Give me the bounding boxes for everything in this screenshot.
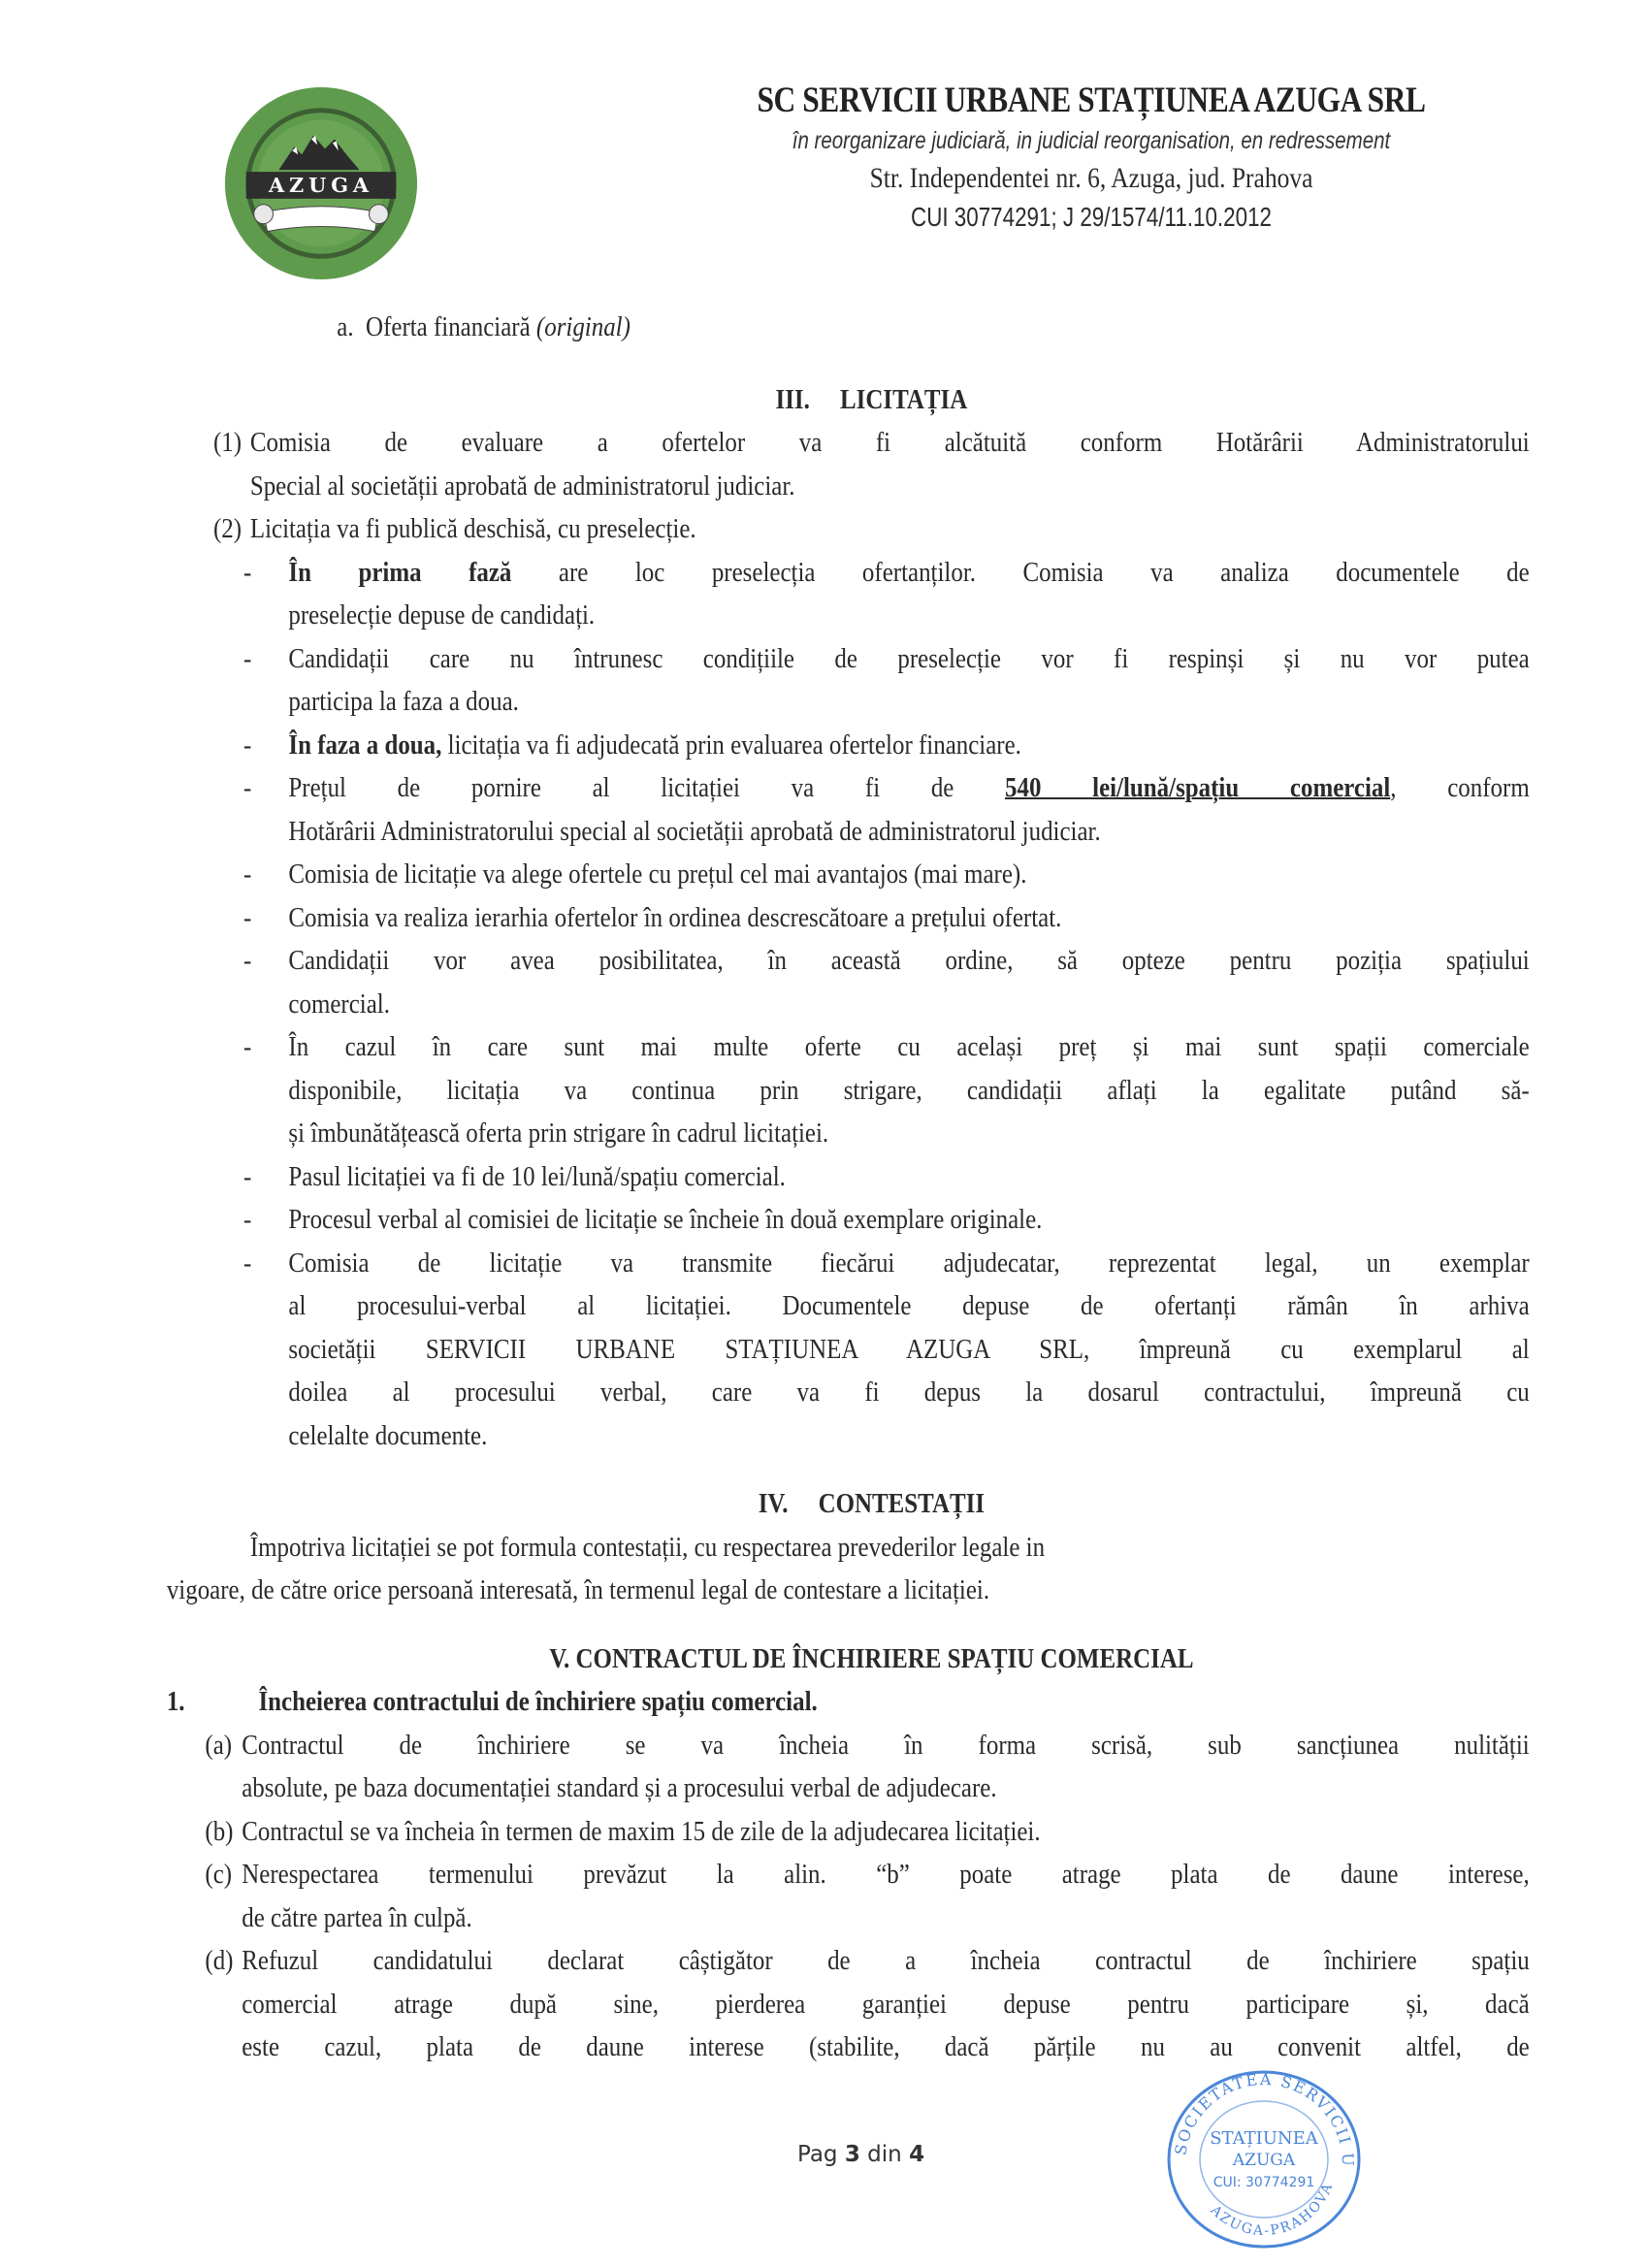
- bullet-item: - În faza a doua, licitația va fi adjude…: [243, 724, 1530, 767]
- bullet-line: comercial.: [288, 983, 1529, 1026]
- subsection-number: 1.: [167, 1680, 259, 1724]
- bullet-dash: -: [243, 1025, 288, 1155]
- bullet-dash: -: [243, 724, 288, 767]
- item-marker: (b): [205, 1810, 242, 1854]
- bullet-line: societății SERVICII URBANE STAȚIUNEA AZU…: [288, 1328, 1529, 1372]
- paragraph-marker: (2): [213, 507, 250, 551]
- item-marker: (d): [205, 1939, 242, 2069]
- document-body: a. Oferta financiară (original) III. LIC…: [213, 306, 1533, 2069]
- section-number: IV.: [759, 1488, 789, 1519]
- paragraph-marker: (1): [213, 421, 250, 507]
- bullet-item: - Procesul verbal al comisiei de licitaț…: [243, 1198, 1530, 1242]
- bullet-dash: -: [243, 637, 288, 724]
- bullet-line: participa la faza a doua.: [288, 680, 1529, 724]
- contract-item-b: (b) Contractul se va încheia în termen d…: [205, 1810, 1529, 1854]
- item-note: (original): [536, 311, 630, 342]
- paragraph-line: Special al societății aprobată de admini…: [250, 465, 1530, 508]
- bullet-line: Candidații care nu întrunesc condițiile …: [288, 637, 1529, 681]
- bullet-item: - În prima fază are loc preselecția ofer…: [243, 551, 1530, 637]
- bullet-line: preselecție depuse de candidați.: [288, 594, 1529, 637]
- section-3-heading: III. LICITAȚIA: [213, 378, 1530, 422]
- page-mid: din: [860, 2142, 909, 2167]
- page-total: 4: [909, 2142, 924, 2167]
- section-4-heading: IV. CONTESTAȚII: [213, 1482, 1530, 1526]
- bullet-item: - Comisia de licitație va alege ofertele…: [243, 853, 1530, 896]
- item-line: comercial atrage după sine, pierderea ga…: [242, 1983, 1529, 2026]
- bullet-text: Prețul de pornire al licitației va fi de: [288, 772, 1005, 803]
- bullet-line: În prima fază are loc preselecția oferta…: [288, 551, 1529, 595]
- bullet-line: Comisia va realiza ierarhia ofertelor în…: [288, 896, 1529, 940]
- item-marker: (c): [205, 1853, 242, 1939]
- item-marker: (a): [205, 1724, 242, 1810]
- paragraph-line: Licitația va fi publică deschisă, cu pre…: [250, 507, 1530, 551]
- subsection-title: Încheierea contractului de închiriere sp…: [258, 1686, 817, 1717]
- contestations-paragraph: Împotriva licitației se pot formula cont…: [167, 1526, 1530, 1612]
- bullet-item: - Pasul licitației va fi de 10 lei/lună/…: [243, 1155, 1530, 1199]
- paragraph-2: (2) Licitația va fi publică deschisă, cu…: [213, 507, 1530, 551]
- bullet-line: Prețul de pornire al licitației va fi de…: [288, 766, 1529, 810]
- bullet-line: doilea al procesului verbal, care va fi …: [288, 1371, 1529, 1414]
- item-marker: a.: [337, 311, 353, 342]
- item-line: Contractul de închiriere se va încheia î…: [242, 1724, 1529, 1767]
- item-line: Nerespectarea termenului prevăzut la ali…: [242, 1853, 1529, 1896]
- bullet-text: are loc preselecția ofertanților. Comisi…: [511, 557, 1529, 588]
- bold-lead: În prima fază: [288, 557, 511, 588]
- bullet-line: celelalte documente.: [288, 1414, 1529, 1458]
- bullet-item: - În cazul în care sunt mai multe oferte…: [243, 1025, 1530, 1155]
- subsection-heading: 1.Încheierea contractului de închiriere …: [167, 1680, 1530, 1724]
- reorganisation-status: în reorganizare judiciară, in judicial r…: [674, 122, 1509, 159]
- item-text: Oferta financiară: [366, 311, 531, 342]
- item-line: absolute, pe baza documentației standard…: [242, 1766, 1529, 1810]
- section-5-heading: V. CONTRACTUL DE ÎNCHIRIERE SPAȚIU COMER…: [213, 1637, 1530, 1681]
- company-stamp: SOCIETATEA SERVICII URBANE AZUGA-PRAHOVA…: [1164, 2066, 1364, 2252]
- stamp-seal-icon: SOCIETATEA SERVICII URBANE AZUGA-PRAHOVA…: [1164, 2066, 1364, 2252]
- bullet-line: În cazul în care sunt mai multe oferte c…: [288, 1025, 1529, 1069]
- section-number: III.: [775, 384, 809, 415]
- azuga-emblem-icon: AZUGA: [225, 87, 417, 279]
- company-registration: CUI 30774291; J 29/1574/11.10.2012: [684, 198, 1499, 237]
- bullet-line: disponibile, licitația va continua prin …: [288, 1069, 1529, 1113]
- section-title: CONTESTAȚII: [819, 1488, 985, 1519]
- bullet-dash: -: [243, 1155, 288, 1199]
- company-logo: AZUGA: [225, 87, 417, 279]
- starting-price: 540 lei/lună/spațiu comercial: [1005, 772, 1390, 803]
- stamp-line-2: AZUGA: [1232, 2151, 1296, 2170]
- letterhead: SC SERVICII URBANE STAȚIUNEA AZUGA SRL î…: [582, 80, 1600, 237]
- bullet-text: , conform: [1390, 772, 1529, 803]
- page-number: Pag 3 din 4: [797, 2142, 924, 2167]
- contract-item-c: (c) Nerespectarea termenului prevăzut la…: [205, 1853, 1529, 1939]
- bullet-line: Comisia de licitație va transmite fiecăr…: [288, 1242, 1529, 1285]
- bullet-item: - Comisia de licitație va transmite fiec…: [243, 1242, 1530, 1458]
- section-title: LICITAȚIA: [840, 384, 967, 415]
- bullet-dash: -: [243, 896, 288, 940]
- bullet-dash: -: [243, 1242, 288, 1458]
- bold-lead: În faza a doua,: [288, 729, 441, 761]
- bullet-line: Hotărârii Administratorului special al s…: [288, 810, 1529, 854]
- bullet-line: al procesului-verbal al licitației. Docu…: [288, 1284, 1529, 1328]
- contract-item-a: (a) Contractul de închiriere se va înche…: [205, 1724, 1529, 1810]
- bullet-item: - Prețul de pornire al licitației va fi …: [243, 766, 1530, 853]
- item-line: de către partea în culpă.: [242, 1896, 1529, 1940]
- bullet-line: Pasul licitației va fi de 10 lei/lună/sp…: [288, 1155, 1529, 1199]
- bullet-dash: -: [243, 766, 288, 853]
- stamp-line-3: CUI: 30774291: [1213, 2175, 1315, 2190]
- bullet-dash: -: [243, 1198, 288, 1242]
- paragraph-1: (1) Comisia de evaluare a ofertelor va f…: [213, 421, 1530, 507]
- bullet-line: În faza a doua, licitația va fi adjudeca…: [288, 724, 1529, 767]
- bullet-line: Comisia de licitație va alege ofertele c…: [288, 853, 1529, 896]
- bullet-item: - Candidații vor avea posibilitatea, în …: [243, 939, 1530, 1025]
- item-line: Contractul se va încheia în termen de ma…: [242, 1810, 1529, 1854]
- company-name: SC SERVICII URBANE STAȚIUNEA AZUGA SRL: [659, 80, 1525, 122]
- item-line: Refuzul candidatului declarat câștigător…: [242, 1939, 1529, 1983]
- company-address: Str. Independentei nr. 6, Azuga, jud. Pr…: [659, 159, 1525, 198]
- financial-offer-item: a. Oferta financiară (original): [337, 306, 1529, 349]
- bullet-dash: -: [243, 853, 288, 896]
- item-line: este cazul, plata de daune interese (sta…: [242, 2025, 1529, 2069]
- bullet-dash: -: [243, 551, 288, 637]
- stamp-line-1: STAȚIUNEA: [1210, 2128, 1319, 2149]
- contract-item-d: (d) Refuzul candidatului declarat câștig…: [205, 1939, 1529, 2069]
- bullet-item: - Comisia va realiza ierarhia ofertelor …: [243, 896, 1530, 940]
- bullet-item: - Candidații care nu întrunesc condițiil…: [243, 637, 1530, 724]
- bullet-line: și îmbunătățească oferta prin strigare î…: [288, 1112, 1529, 1155]
- paragraph-line: Comisia de evaluare a ofertelor va fi al…: [250, 421, 1530, 465]
- bullet-line: Candidații vor avea posibilitatea, în ac…: [288, 939, 1529, 983]
- bullet-text: licitația va fi adjudecată prin evaluare…: [441, 729, 1021, 761]
- bullet-line: Procesul verbal al comisiei de licitație…: [288, 1198, 1529, 1242]
- paragraph-line: vigoare, de către orice persoană interes…: [167, 1569, 1530, 1612]
- paragraph-line: Împotriva licitației se pot formula cont…: [167, 1526, 1530, 1570]
- page-prefix: Pag: [797, 2142, 845, 2167]
- bullet-dash: -: [243, 939, 288, 1025]
- page-current: 3: [845, 2142, 860, 2167]
- logo-text: AZUGA: [268, 173, 373, 197]
